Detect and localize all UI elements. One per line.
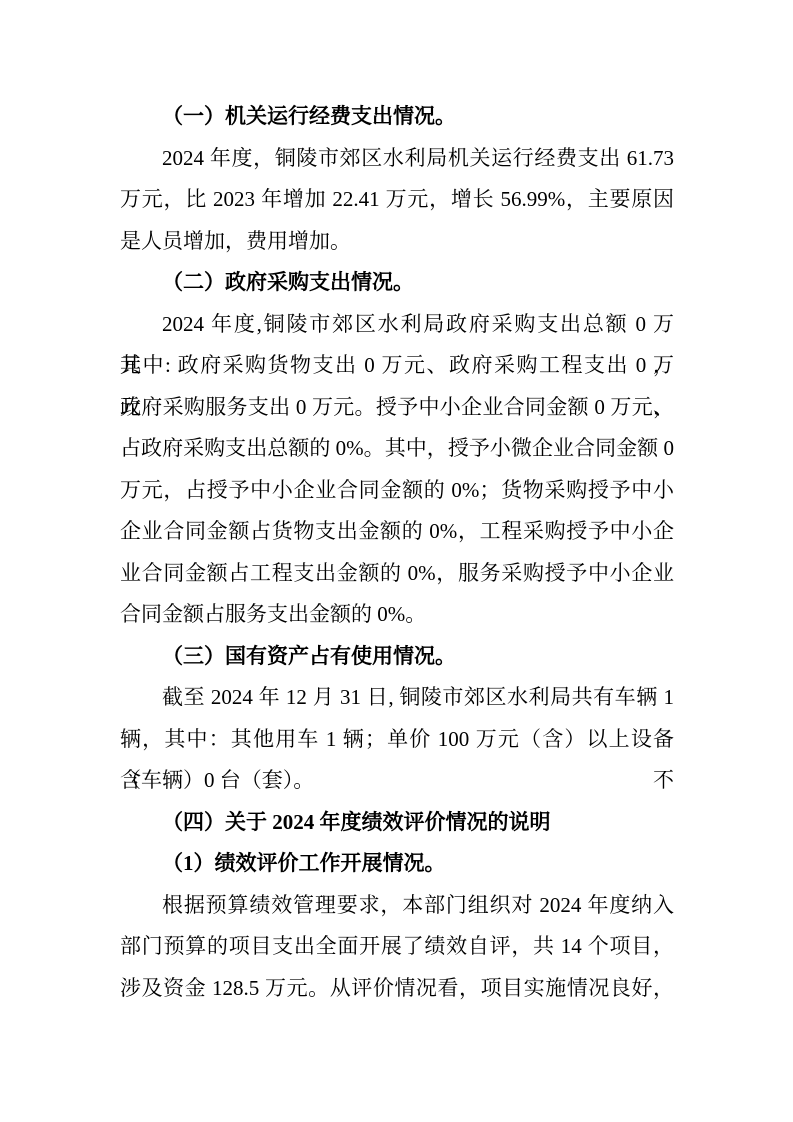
paragraph-line: 涉及资金 128.5 万元。从评价情况看，项目实施情况良好， xyxy=(120,968,674,1010)
section-heading-4: （四）关于 2024 年度绩效评价情况的说明 xyxy=(120,802,674,844)
paragraph-line: 根据预算绩效管理要求，本部门组织对 2024 年度纳入 xyxy=(120,885,674,927)
paragraph-line: 合同金额占服务支出金额的 0%。 xyxy=(120,594,674,636)
paragraph-line: 截至 2024 年 12 月 31 日, 铜陵市郊区水利局共有车辆 1 xyxy=(120,677,674,719)
paragraph-line: 企业合同金额占货物支出金额的 0%，工程采购授予中小企 xyxy=(120,511,674,553)
paragraph-line: 政府采购服务支出 0 万元。授予中小企业合同金额 0 万元， xyxy=(120,387,674,429)
paragraph-line: 占政府采购支出总额的 0%。其中，授予小微企业合同金额 0 xyxy=(120,428,674,470)
document-body: （一）机关运行经费支出情况。 2024 年度，铜陵市郊区水利局机关运行经费支出 … xyxy=(120,96,674,1009)
section-heading-1: （一）机关运行经费支出情况。 xyxy=(120,96,674,138)
paragraph-line: 万元，占授予中小企业合同金额的 0%；货物采购授予中小 xyxy=(120,470,674,512)
paragraph-line: 2024 年度，铜陵市郊区水利局机关运行经费支出 61.73 xyxy=(120,138,674,180)
paragraph-line: 万元，比 2023 年增加 22.41 万元，增长 56.99%，主要原因 xyxy=(120,179,674,221)
paragraph-line: 是人员增加，费用增加。 xyxy=(120,221,674,263)
paragraph-line: 其中: 政府采购货物支出 0 万元、政府采购工程支出 0 万元、 xyxy=(120,345,674,387)
section-heading-3: （三）国有资产占有使用情况。 xyxy=(120,636,674,678)
subsection-heading-1: （1）绩效评价工作开展情况。 xyxy=(120,843,674,885)
section-heading-2: （二）政府采购支出情况。 xyxy=(120,262,674,304)
paragraph-line: 业合同金额占工程支出金额的 0%，服务采购授予中小企业 xyxy=(120,553,674,595)
paragraph-line: 2024 年度,铜陵市郊区水利局政府采购支出总额 0 万元， xyxy=(120,304,674,346)
paragraph-line: 部门预算的项目支出全面开展了绩效自评，共 14 个项目， xyxy=(120,926,674,968)
paragraph-line: 辆，其中：其他用车 1 辆；单价 100 万元（含）以上设备（不 xyxy=(120,719,674,761)
document-page: （一）机关运行经费支出情况。 2024 年度，铜陵市郊区水利局机关运行经费支出 … xyxy=(0,0,793,1122)
